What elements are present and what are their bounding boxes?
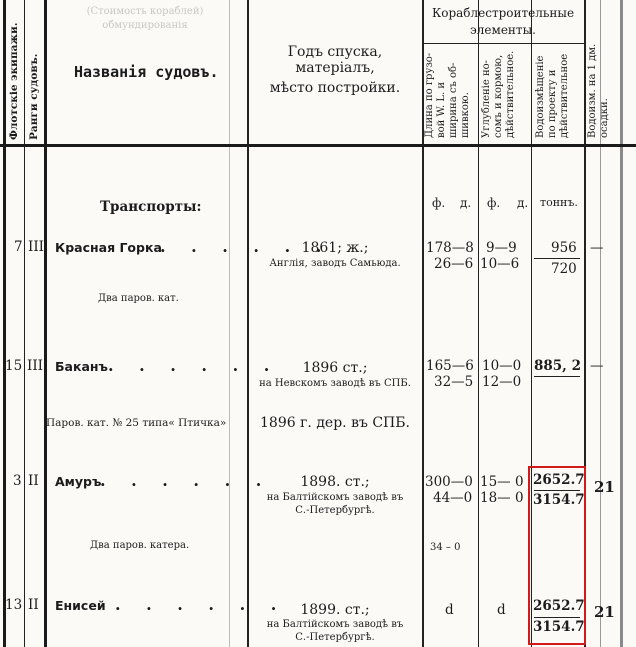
fraction-line bbox=[534, 376, 580, 377]
header-names: Названія судовъ. bbox=[74, 63, 219, 81]
rank: II bbox=[28, 597, 39, 613]
crew-number: 13 bbox=[5, 597, 22, 613]
beam: 26—6 bbox=[434, 256, 473, 272]
launch-year: 1898. ст.; bbox=[248, 474, 422, 490]
sub-item-launch: 1896 г. дер. въ СПБ. bbox=[248, 415, 422, 431]
rank: III bbox=[28, 239, 44, 255]
header-rule bbox=[0, 144, 636, 147]
launch-year: 1899. ст.; bbox=[248, 602, 422, 618]
rule bbox=[620, 0, 623, 647]
highlight-box bbox=[528, 466, 586, 645]
draft: d bbox=[497, 602, 506, 618]
ship-name: Красная Горка bbox=[55, 240, 162, 255]
build-place-1: на Балтійскомъ заводѣ въ bbox=[248, 492, 422, 503]
crew-number: 15 bbox=[5, 358, 22, 374]
unit-ft: ф. bbox=[432, 196, 445, 210]
ghost-text: (Стоимость кораблей) bbox=[60, 6, 230, 17]
sub-item-name: Два паров. кат. bbox=[98, 293, 179, 304]
build-place-2: С.-Петербургѣ. bbox=[248, 505, 422, 516]
draft-bow: 9—9 bbox=[486, 240, 517, 256]
launch-year: 1861; ж.; bbox=[248, 240, 422, 256]
group-rule bbox=[422, 43, 584, 44]
rule bbox=[3, 0, 6, 647]
header-per-inch: Водоизм. на 1 дм. осадки. bbox=[587, 30, 599, 138]
ghost-text: обмундированія bbox=[60, 20, 230, 31]
per-inch: 21 bbox=[594, 478, 615, 496]
crew-number: 7 bbox=[14, 239, 23, 255]
rank: III bbox=[27, 358, 43, 374]
rule bbox=[229, 0, 230, 647]
length: 300—0 bbox=[425, 474, 473, 490]
displacement-design: 885, 2 bbox=[534, 358, 581, 374]
rule bbox=[600, 0, 601, 647]
beam: 32—5 bbox=[434, 374, 473, 390]
leader-dots: . . . . . . bbox=[100, 471, 271, 490]
rank: II bbox=[28, 473, 39, 489]
per-inch: — bbox=[590, 240, 604, 256]
launch-year: 1896 ст.; bbox=[248, 360, 422, 376]
header-launch-1: Годъ спуска, матеріалъ, bbox=[248, 44, 422, 76]
per-inch: 21 bbox=[594, 603, 615, 621]
length: 178—8 bbox=[426, 240, 474, 256]
unit-tons: тоннъ. bbox=[540, 196, 578, 209]
build-place: на Невскомъ заводѣ въ СПБ. bbox=[248, 378, 422, 389]
unit-ft: ф. bbox=[487, 196, 500, 210]
header-crew: Флотскіе экипажи. bbox=[8, 12, 20, 140]
header-displacement: Водоизмѣщеніе по проекту и дѣйствительно… bbox=[535, 46, 581, 138]
crew-number: 3 bbox=[13, 473, 22, 489]
draft-bow: 10—0 bbox=[482, 358, 521, 374]
header-group-1: Кораблестроительные bbox=[422, 6, 584, 20]
displacement-actual: 720 bbox=[551, 261, 577, 277]
draft-stern: 12—0 bbox=[482, 374, 521, 390]
sub-item-name: Два паров. катера. bbox=[90, 540, 189, 551]
rule bbox=[247, 0, 249, 647]
displacement-design: 956 bbox=[551, 240, 577, 256]
rule bbox=[478, 0, 479, 647]
header-draft: Углубленіе но- сомъ и кормою, дѣйствител… bbox=[481, 46, 529, 138]
sub-item-name: Паров. кат. № 25 типа« Птичка» bbox=[46, 417, 226, 429]
unit-in: д. bbox=[460, 196, 471, 210]
header-launch-2: мѣсто постройки. bbox=[248, 80, 422, 96]
rule bbox=[44, 0, 47, 647]
ship-name: Амуръ bbox=[55, 474, 101, 489]
draft-stern: 10—6 bbox=[480, 256, 519, 272]
per-inch: — bbox=[590, 358, 604, 374]
length: d bbox=[445, 602, 454, 618]
section-title: Транспорты: bbox=[100, 199, 202, 215]
length: 165—6 bbox=[426, 358, 474, 374]
ship-name: Енисей bbox=[55, 598, 106, 613]
header-length: Длина по грузо- вой W. L. и ширина съ об… bbox=[424, 46, 476, 138]
rule bbox=[24, 0, 25, 647]
sub-item-length: 34 – 0 bbox=[430, 542, 460, 553]
build-place-2: С.-Петербургѣ. bbox=[248, 632, 422, 643]
ship-name: Баканъ bbox=[55, 359, 108, 374]
draft-stern: 18— 0 bbox=[480, 490, 524, 506]
header-group-2: элементы. bbox=[422, 23, 584, 37]
build-place: Англія, заводъ Самьюда. bbox=[248, 258, 422, 269]
build-place-1: на Балтійскомъ заводѣ въ bbox=[248, 619, 422, 630]
header-rank: Ранги судовъ. bbox=[28, 60, 40, 140]
unit-in: д. bbox=[517, 196, 528, 210]
beam: 44—0 bbox=[433, 490, 472, 506]
draft-bow: 15— 0 bbox=[480, 474, 524, 490]
fraction-line bbox=[534, 258, 580, 259]
